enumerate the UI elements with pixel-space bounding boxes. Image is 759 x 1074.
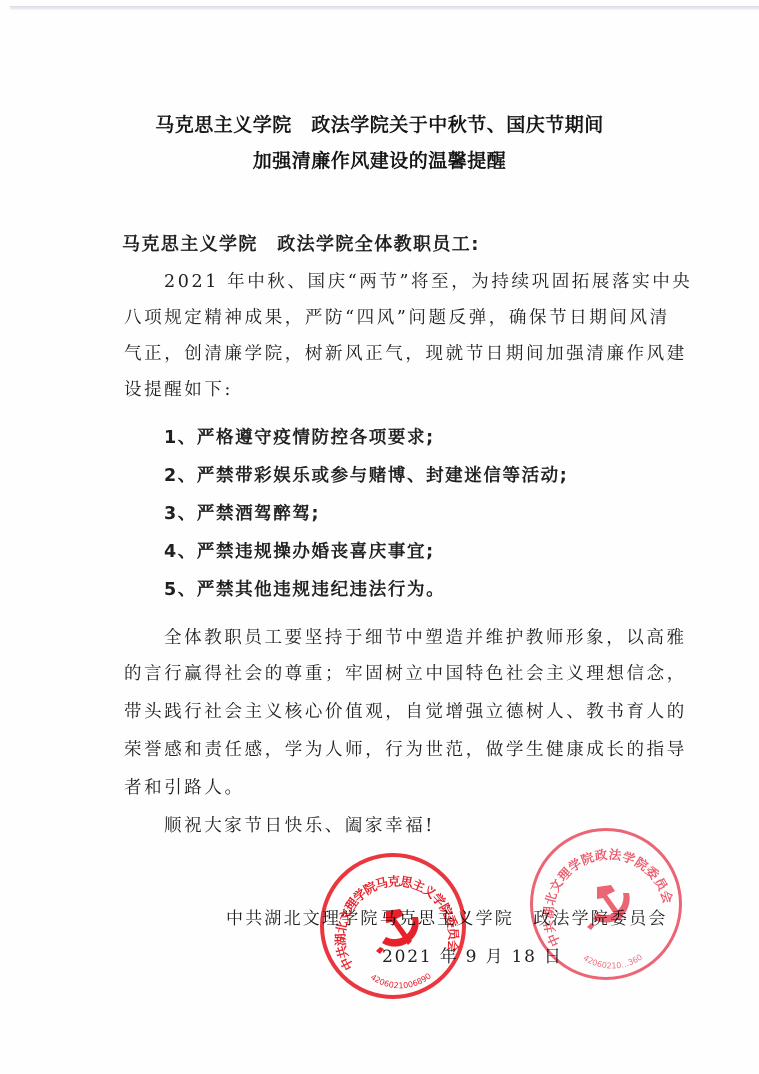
left-seal-graphic: 中共湖北文理学院马克思主义学院委员会 4206021006890 bbox=[324, 857, 470, 1003]
right-seal: 中共湖北文理学院政法学院委员会 42060210…360 bbox=[530, 828, 682, 980]
left-seal: 中共湖北文理学院马克思主义学院委员会 4206021006890 bbox=[320, 853, 466, 999]
closing-line: 的言行赢得社会的尊重；牢固树立中国特色社会主义理想信念， bbox=[124, 660, 687, 685]
list-item: 5、严禁其他违规违纪违法行为。 bbox=[164, 576, 445, 601]
hammer-sickle-icon bbox=[587, 885, 630, 930]
list-item: 4、严禁违规操办婚丧喜庆事宜; bbox=[164, 538, 435, 563]
scan-edge bbox=[10, 6, 759, 10]
svg-text:42060210…360: 42060210…360 bbox=[582, 953, 644, 971]
intro-line: 八项规定精神成果，严防“四风”问题反弹，确保节日期间风清 bbox=[124, 304, 670, 329]
closing-line: 带头践行社会主义核心价值观，自觉增强立德树人、教书育人的 bbox=[124, 698, 687, 723]
closing-line: 荣誉感和责任感，学为人师，行为世范，做学生健康成长的指导 bbox=[124, 736, 687, 761]
left-seal-code: 4206021006890 bbox=[369, 971, 433, 990]
document-title-line2: 加强清廉作风建设的温馨提醒 bbox=[0, 146, 759, 173]
intro-line: 2021 年中秋、国庆“两节”将至，为持续巩固拓展落实中央 bbox=[164, 268, 692, 293]
intro-line: 气正，创清廉学院，树新风正气，现就节日期间加强清廉作风建 bbox=[124, 340, 687, 365]
list-item: 3、严禁酒驾醉驾; bbox=[164, 500, 320, 525]
document-page: 马克思主义学院 政法学院关于中秋节、国庆节期间 加强清廉作风建设的温馨提醒 马克… bbox=[0, 0, 759, 1074]
right-seal-code: 42060210…360 bbox=[582, 953, 644, 971]
list-item: 1、严格遵守疫情防控各项要求; bbox=[164, 424, 435, 449]
closing-line: 者和引路人。 bbox=[124, 774, 245, 799]
svg-text:4206021006890: 4206021006890 bbox=[369, 971, 433, 990]
list-item: 2、严禁带彩娱乐或参与赌博、封建迷信等活动; bbox=[164, 462, 568, 487]
intro-line: 设提醒如下: bbox=[124, 376, 233, 401]
salutation: 马克思主义学院 政法学院全体教职员工: bbox=[122, 230, 480, 256]
right-seal-graphic: 中共湖北文理学院政法学院委员会 42060210…360 bbox=[533, 831, 685, 983]
closing-line: 全体教职员工要坚持于细节中塑造并维护教师形象，以高雅 bbox=[164, 624, 687, 649]
document-title-line1: 马克思主义学院 政法学院关于中秋节、国庆节期间 bbox=[0, 110, 759, 137]
wishes: 顺祝大家节日快乐、阖家幸福! bbox=[164, 812, 435, 837]
hammer-sickle-icon bbox=[376, 909, 419, 954]
